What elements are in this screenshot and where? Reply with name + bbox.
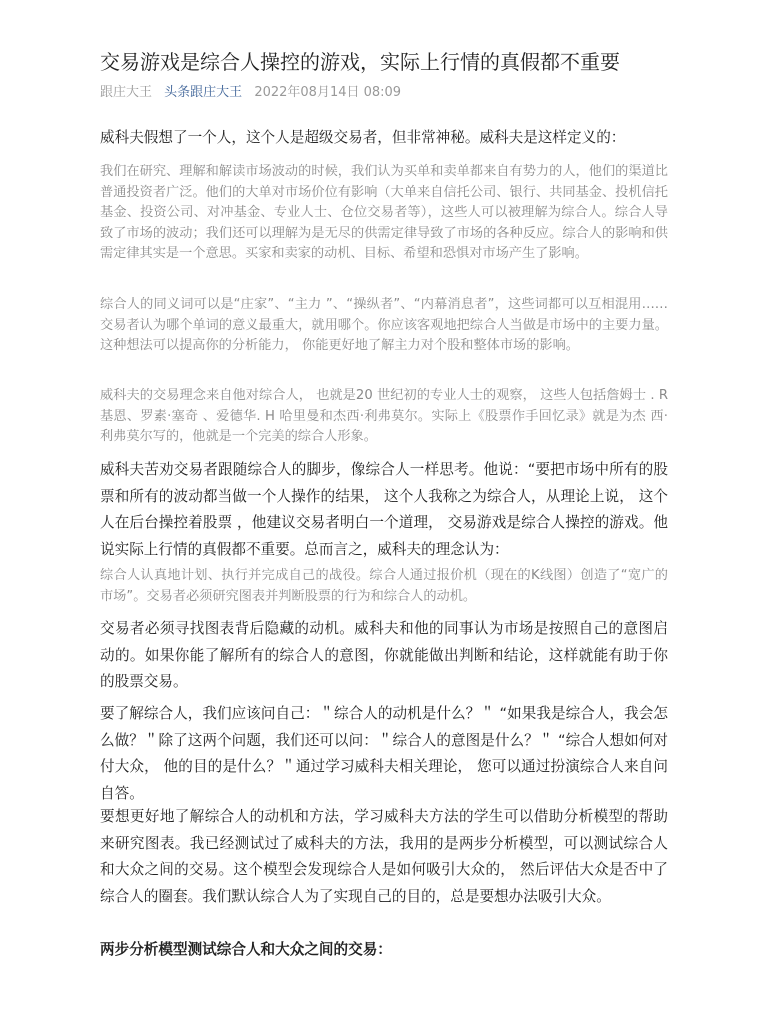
paragraph-questions: 要了解综合人，我们应该问自己：＂综合人的动机是什么？＂ “如果我是综合人，我会怎… <box>100 701 668 807</box>
article-title: 交易游戏是综合人操控的游戏，实际上行情的真假都不重要 <box>100 48 700 76</box>
section-heading: 两步分析模型测试综合人和大众之间的交易： <box>100 937 668 964</box>
author-name[interactable]: 跟庄大王 <box>100 85 152 100</box>
article-meta: 跟庄大王 头条跟庄大王 2022年08月14日 08:09 <box>100 84 409 102</box>
quote-campaign: 综合人认真地计划、执行并完成自己的战役。综合人通过报价机（现在的K线图）创造了“… <box>100 566 668 607</box>
paragraph-intro: 威科夫假想了一个人，这个人是超级交易者，但非常神秘。威科夫是这样定义的： <box>100 125 668 152</box>
paragraph-motives: 交易者必须寻找图表背后隐藏的动机。威科夫和他的同事认为市场是按照自己的意图启动的… <box>100 616 668 696</box>
source-link[interactable]: 头条跟庄大王 <box>164 85 242 100</box>
quote-origins: 威科夫的交易理念来自他对综合人， 也就是20 世纪初的专业人士的观察， 这些人包… <box>100 386 668 448</box>
quote-synonyms: 综合人的同义词可以是“庄家”、“主力 ”、“操纵者”、“内幕消息者”，这些词都可… <box>100 295 668 357</box>
paragraph-composite-man: 威科夫苦劝交易者跟随综合人的脚步，像综合人一样思考。他说：“要把市场中所有的股票… <box>100 457 668 563</box>
publish-datetime: 2022年08月14日 08:09 <box>254 85 401 100</box>
paragraph-model: 要想更好地了解综合人的动机和方法，学习威科夫方法的学生可以借助分析模型的帮助来研… <box>100 804 668 910</box>
quote-definition: 我们在研究、理解和解读市场波动的时候，我们认为买单和卖单都来自有势力的人，他们的… <box>100 162 668 265</box>
